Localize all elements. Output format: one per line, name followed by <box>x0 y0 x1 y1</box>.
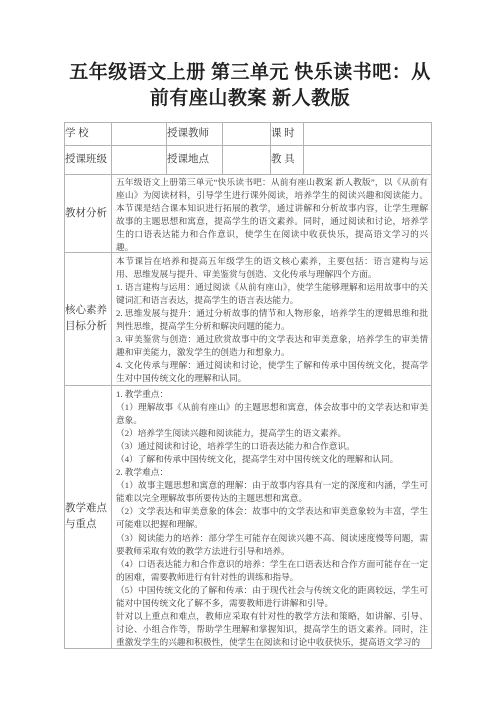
teacher-value-cell <box>223 123 271 146</box>
table-row-class: 授课班级 授课地点 教 具 <box>65 146 432 175</box>
location-value-cell <box>223 146 271 175</box>
document-title: 五年级语文上册 第三单元 快乐读书吧：从前有座山教案 新人教版 <box>66 60 434 112</box>
difficulties-label: 教学难点与重点 <box>65 386 112 649</box>
location-label: 授课地点 <box>167 146 223 175</box>
class-value-cell <box>112 146 167 175</box>
table-row-core-literacy: 核心素养目标分析 本节课旨在培养和提高五年级学生的语文核心素养，主要包括：语言建… <box>65 253 432 386</box>
school-value-cell <box>112 123 167 146</box>
lesson-plan-table: 学 校 授课教师 课 时 授课班级 授课地点 教 具 教材分析 五年级语文上册第… <box>64 122 432 649</box>
difficulties-cell: 1. 教学重点： （1）理解故事《从前有座山》的主题思想和寓意，体会故事中的文学… <box>112 386 432 649</box>
period-value-cell <box>304 123 432 146</box>
period-label: 课 时 <box>271 123 304 146</box>
class-label: 授课班级 <box>65 146 112 175</box>
document-page: 五年级语文上册 第三单元 快乐读书吧：从前有座山教案 新人教版 学 校 授课教师… <box>0 0 500 707</box>
difficulties-content: 1. 教学重点： （1）理解故事《从前有座山》的主题思想和寓意，体会故事中的文学… <box>112 387 431 648</box>
aids-label: 教 具 <box>271 146 304 175</box>
table-row-material-analysis: 教材分析 五年级语文上册第三单元“快乐读书吧：从前有座山教案 新人教版”，以《从… <box>65 175 432 253</box>
table-row-school: 学 校 授课教师 课 时 <box>65 123 432 146</box>
material-analysis-content: 五年级语文上册第三单元“快乐读书吧：从前有座山教案 新人教版”，以《从前有座山》… <box>112 175 431 252</box>
core-literacy-label: 核心素养目标分析 <box>65 253 112 386</box>
material-analysis-label: 教材分析 <box>65 175 112 253</box>
aids-value-cell <box>304 146 432 175</box>
table-row-difficulties: 教学难点与重点 1. 教学重点： （1）理解故事《从前有座山》的主题思想和寓意，… <box>65 386 432 649</box>
school-label: 学 校 <box>65 123 112 146</box>
teacher-label: 授课教师 <box>167 123 223 146</box>
core-literacy-content: 本节课旨在培养和提高五年级学生的语文核心素养，主要包括：语言建构与运用、思维发展… <box>112 254 431 385</box>
material-analysis-cell: 五年级语文上册第三单元“快乐读书吧：从前有座山教案 新人教版”，以《从前有座山》… <box>112 175 432 253</box>
core-literacy-cell: 本节课旨在培养和提高五年级学生的语文核心素养，主要包括：语言建构与运用、思维发展… <box>112 253 432 386</box>
